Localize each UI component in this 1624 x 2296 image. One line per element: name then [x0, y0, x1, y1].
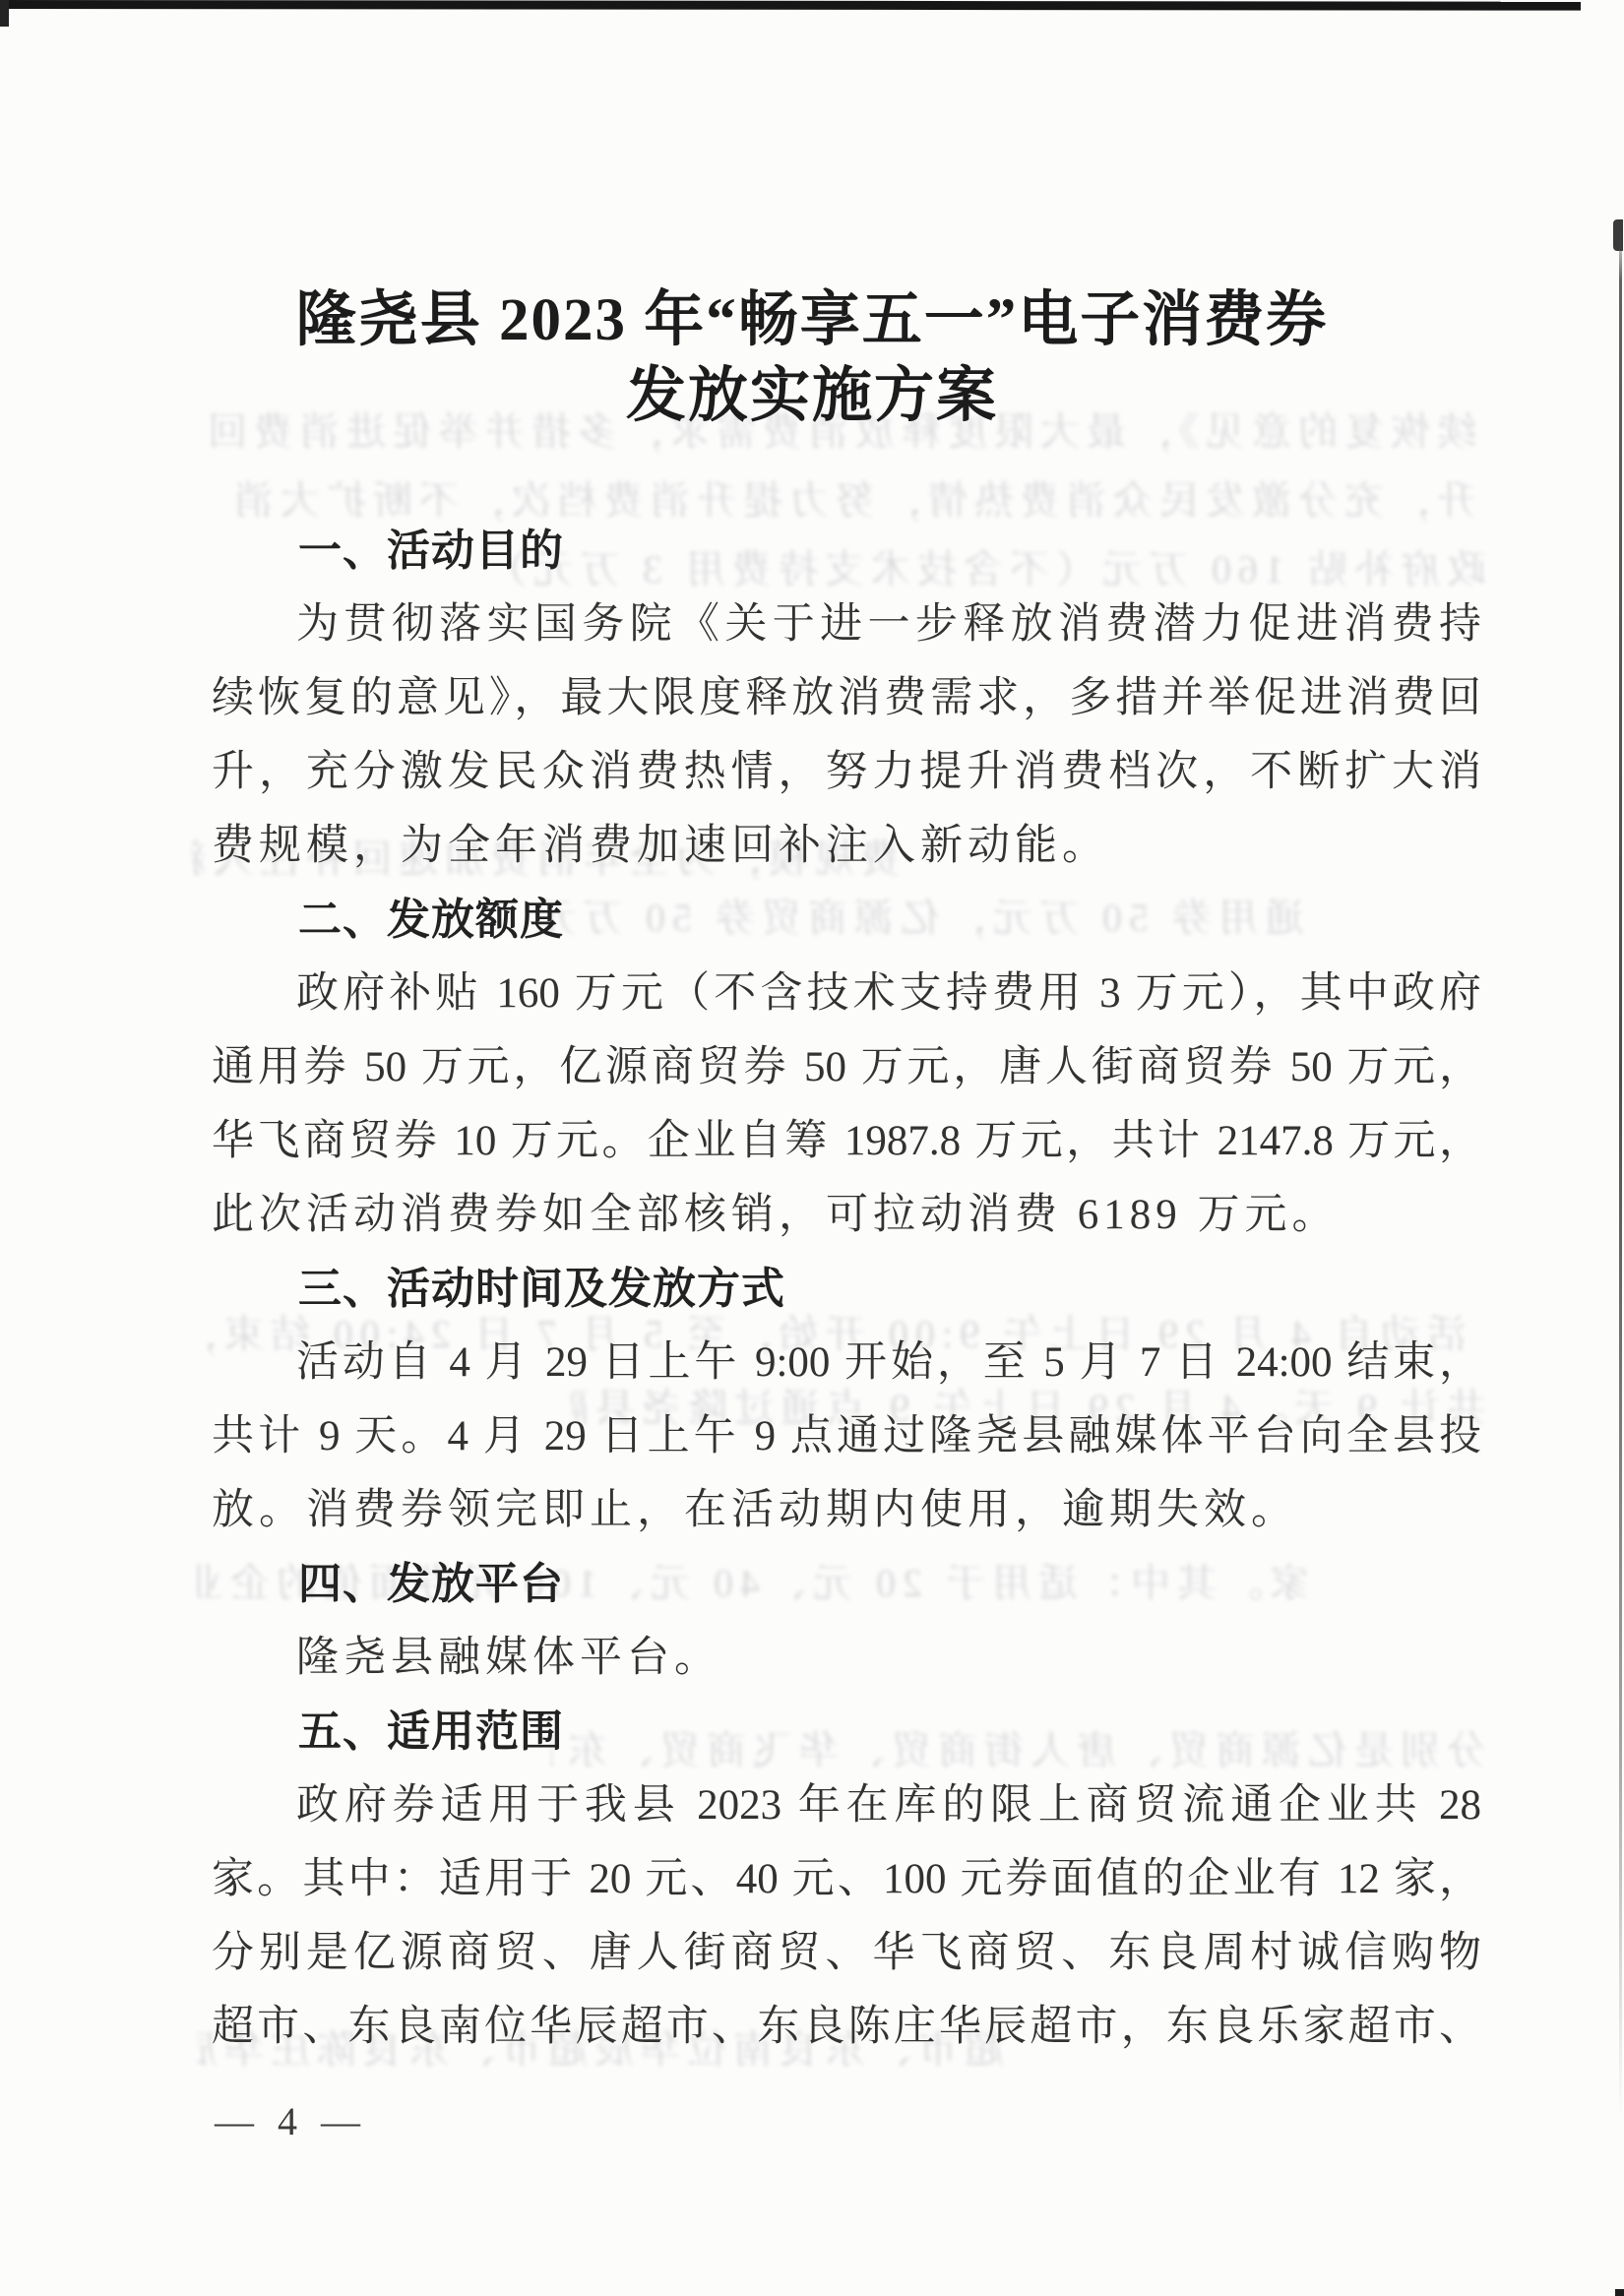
- scan-artifact-top-bar: [0, 0, 1581, 11]
- page-number: — 4 —: [215, 2084, 367, 2158]
- section-heading-4: 四、发放平台: [212, 1547, 1481, 1621]
- body-line: 此次活动消费券如全部核销，可拉动消费 6189 万元。: [212, 1178, 1481, 1252]
- body-line: 通用券 50 万元，亿源商贸券 50 万元，唐人街商贸券 50 万元，: [212, 1030, 1481, 1104]
- document-title-line-1: 隆尧县 2023 年“畅享五一”电子消费券: [0, 282, 1624, 358]
- section-heading-1: 一、活动目的: [212, 514, 1481, 588]
- body-line: 政府券适用于我县 2023 年在库的限上商贸流通企业共 28: [212, 1769, 1481, 1842]
- body-line: 续恢复的意见》，最大限度释放消费需求，多措并举促进消费回: [212, 661, 1481, 735]
- body-line: 超市、东良南位华辰超市、东良陈庄华辰超市，东良乐家超市、: [212, 1990, 1481, 2064]
- section-heading-5: 五、适用范围: [212, 1695, 1481, 1769]
- scan-artifact-bottom-right-corner: [1615, 2289, 1624, 2296]
- body-line: 共计 9 天。4 月 29 日上午 9 点通过隆尧县融媒体平台向全县投: [212, 1399, 1481, 1473]
- body-line: 为贯彻落实国务院《关于进一步释放消费潜力促进消费持: [212, 588, 1481, 661]
- body-line: 隆尧县融媒体平台。: [212, 1621, 1481, 1695]
- document-title: 隆尧县 2023 年“畅享五一”电子消费券 发放实施方案: [0, 282, 1624, 434]
- body-line: 放。消费券领完即止，在活动期内使用，逾期失效。: [212, 1473, 1481, 1547]
- body-line: 华飞商贸券 10 万元。企业自筹 1987.8 万元，共计 2147.8 万元，: [212, 1104, 1481, 1178]
- body-line: 家。其中：适用于 20 元、40 元、100 元券面值的企业有 12 家，: [212, 1842, 1481, 1916]
- scan-artifact-top-left-corner: [0, 0, 9, 27]
- scanned-document-page: 续恢复的意见》，最大限度释放消费需求，多措并举促进消费回 升，充分激发民众消费热…: [0, 0, 1624, 2296]
- body-line: 升，充分激发民众消费热情，努力提升消费档次，不断扩大消: [212, 735, 1481, 809]
- body-line: 活动自 4 月 29 日上午 9:00 开始，至 5 月 7 日 24:00 结…: [212, 1326, 1481, 1399]
- body-line: 分别是亿源商贸、唐人街商贸、华飞商贸、东良周村诚信购物: [212, 1916, 1481, 1990]
- scan-artifact-right-edge-line: [1619, 224, 1622, 2119]
- section-heading-3: 三、活动时间及发放方式: [212, 1252, 1481, 1326]
- document-title-line-2: 发放实施方案: [0, 358, 1624, 434]
- body-line: 政府补贴 160 万元（不含技术支持费用 3 万元），其中政府: [212, 957, 1481, 1030]
- document-body: 一、活动目的 为贯彻落实国务院《关于进一步释放消费潜力促进消费持 续恢复的意见》…: [212, 514, 1481, 2064]
- body-line: 费规模，为全年消费加速回补注入新动能。: [212, 809, 1481, 883]
- section-heading-2: 二、发放额度: [212, 883, 1481, 957]
